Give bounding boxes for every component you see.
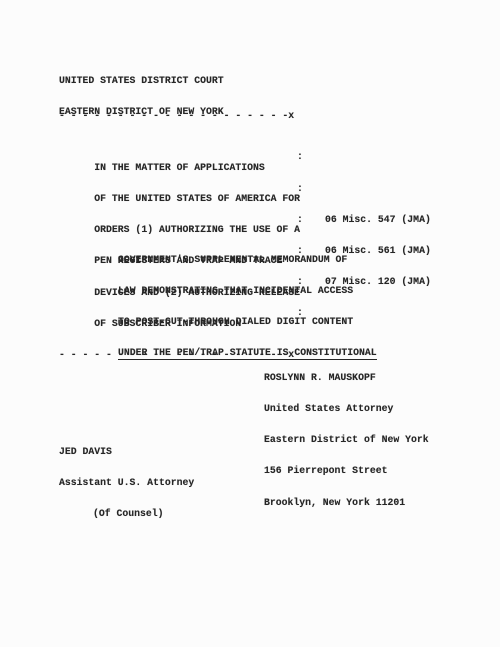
caption-row-text: IN THE MATTER OF APPLICATIONS: [94, 162, 265, 173]
case-number: 06 Misc. 547 (JMA): [325, 215, 431, 225]
of-counsel-block: JED DAVIS Assistant U.S. Attorney (Of Co…: [59, 426, 194, 540]
caption-row: OF THE UNITED STATES OF AMERICA FOR :: [59, 184, 459, 194]
caption-row-text: OF THE UNITED STATES OF AMERICA FOR: [94, 193, 300, 204]
counsel-title: Assistant U.S. Attorney: [59, 478, 194, 488]
court-name: UNITED STATES DISTRICT COURT: [59, 76, 224, 86]
title-line: GOVERNMENT'S SUPPLEMENTAL MEMORANDUM OF: [118, 255, 377, 265]
caption-top-rule: - - - - - - - - - - - - - - - - - - - -x: [59, 111, 459, 121]
attorney-name: ROSLYNN R. MAUSKOPF: [264, 373, 429, 383]
title-line: TO POST-CUT-THROUGH DIALED DIGIT CONTENT: [118, 317, 377, 327]
attorney-address-city: Brooklyn, New York 11201: [264, 498, 429, 508]
caption-colon: :: [297, 215, 303, 225]
title-line: LAW DEMONSTRATING THAT INCIDENTAL ACCESS: [118, 286, 377, 296]
caption-colon: :: [297, 152, 303, 162]
attorney-title: United States Attorney: [264, 404, 429, 414]
attorney-district: Eastern District of New York: [264, 435, 429, 445]
caption-row: IN THE MATTER OF APPLICATIONS :: [59, 152, 459, 162]
counsel-name: JED DAVIS: [59, 447, 194, 457]
attorney-address-street: 156 Pierrepont Street: [264, 466, 429, 476]
us-attorney-signature-block: ROSLYNN R. MAUSKOPF United States Attorn…: [264, 352, 429, 529]
caption-row: ORDERS (1) AUTHORIZING THE USE OF A : 06…: [59, 215, 459, 225]
scanned-court-document-page: UNITED STATES DISTRICT COURT EASTERN DIS…: [0, 0, 500, 647]
counsel-note: (Of Counsel): [59, 509, 194, 519]
caption-colon: :: [297, 184, 303, 194]
